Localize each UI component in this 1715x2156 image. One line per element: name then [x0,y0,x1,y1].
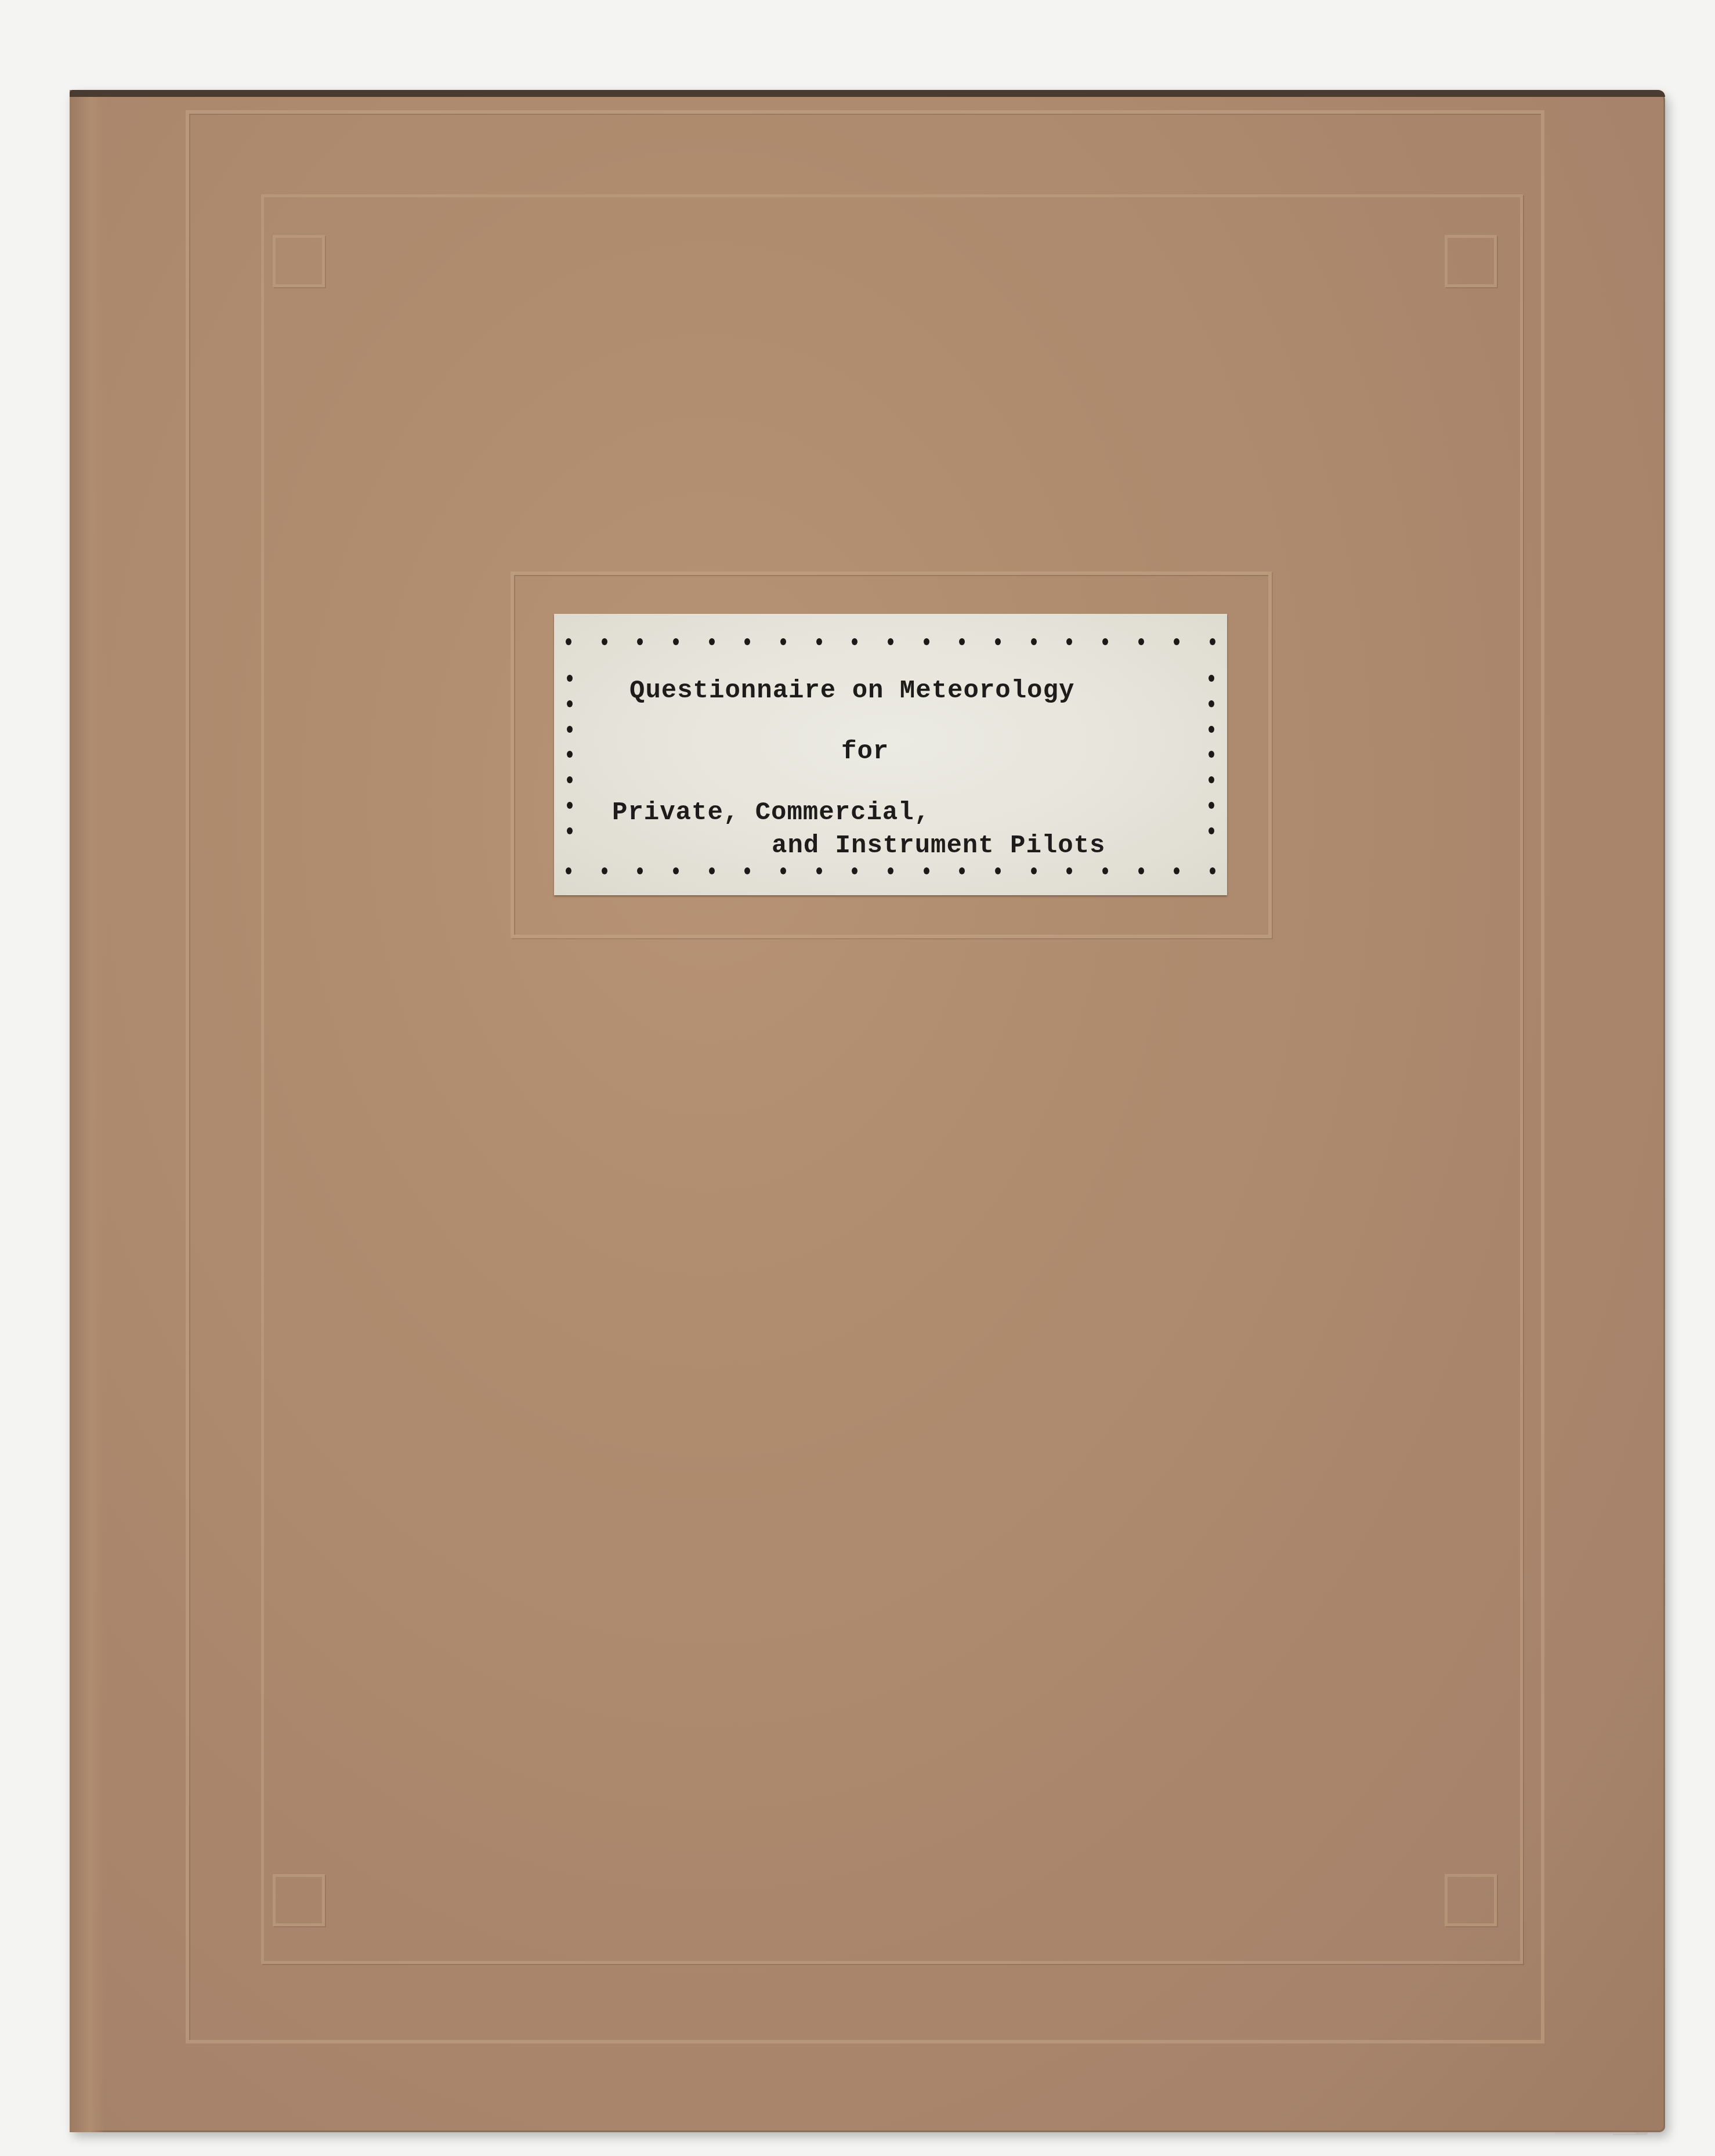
dot-border-bottom [566,867,1215,874]
dot-border-right [1209,675,1214,834]
spine-top-shadow [70,90,1665,97]
embossed-inner-frame [261,194,1523,1964]
label-title: Questionnaire on Meteorology [629,677,1074,706]
dot-border-left [567,675,573,834]
corner-ornament-top-right-icon [1410,235,1497,322]
dot-border-top [566,638,1215,645]
label-audience-line-1: Private, Commercial, [612,798,930,827]
label-for: for [841,737,889,766]
label-audience-line-2: and Instrument Pilots [772,831,1106,860]
corner-ornament-bottom-left-icon [273,1839,360,1926]
corner-ornament-top-left-icon [273,235,360,322]
title-label: Questionnaire on Meteorology for Private… [554,614,1227,895]
corner-ornament-bottom-right-icon [1410,1839,1497,1926]
